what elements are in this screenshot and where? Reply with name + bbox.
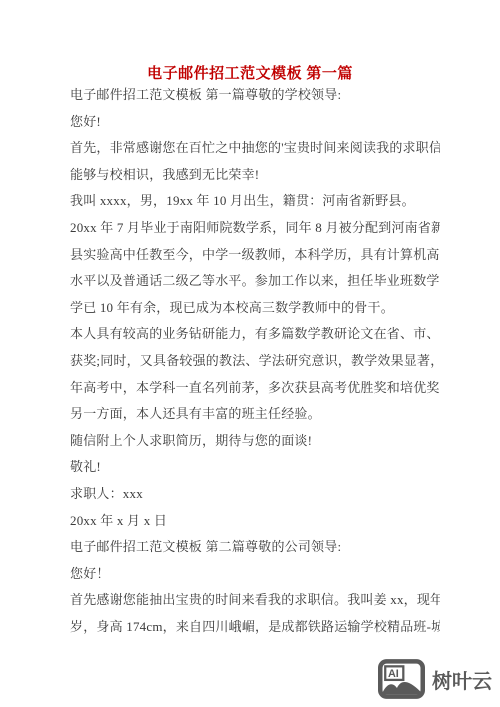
document-line: 年高考中，本学科一直名列前茅，多次获县高考优胜奖和培优奖。 [70, 375, 440, 402]
document-line: 我叫 xxxx，男，19xx 年 10 月出生，籍贯：河南省新野县。 [70, 188, 440, 215]
document-line: 岁，身高 174cm，来自四川峨嵋，是成都铁路运输学校精品班-城市 [70, 614, 440, 641]
document-line: 您好! [70, 109, 440, 136]
document-line: 求职人：xxx [70, 481, 440, 508]
document-line: 水平以及普通话二级乙等水平。参加工作以来，担任毕业班数学教 [70, 268, 440, 295]
document-title: 电子邮件招工范文模板 第一篇 [0, 0, 500, 82]
watermark-logo: AI 树叶云 [378, 659, 492, 699]
document-line: 您好！ [70, 561, 440, 588]
document-line: 电子邮件招工范文模板 第一篇尊敬的学校领导: [70, 82, 440, 109]
document-line: 20xx 年 7 月毕业于南阳师院数学系，同年 8 月被分配到河南省新野 [70, 215, 440, 242]
watermark-label: 树叶云 [432, 665, 492, 694]
document-line: 首先，非常感谢您在百忙之中抽您的'宝贵时间来阅读我的求职信。 [70, 135, 440, 162]
svg-text:AI: AI [388, 668, 399, 680]
document-line: 获奖;同时，又具备较强的教法、学法研究意识，教学效果显著，历 [70, 348, 440, 375]
document-page: 电子邮件招工范文模板 第一篇 电子邮件招工范文模板 第一篇尊敬的学校领导: 您好… [0, 0, 500, 707]
document-line: 敬礼! [70, 454, 440, 481]
document-line: 能够与校相识，我感到无比荣幸! [70, 162, 440, 189]
document-line: 电子邮件招工范文模板 第二篇尊敬的公司领导: [70, 534, 440, 561]
document-line: 另一方面，本人还具有丰富的班主任经验。 [70, 401, 440, 428]
document-line: 20xx 年 x 月 x 日 [70, 508, 440, 535]
document-body: 电子邮件招工范文模板 第一篇尊敬的学校领导: 您好! 首先，非常感谢您在百忙之中… [0, 82, 500, 640]
document-line: 县实验高中任教至今，中学一级教师，本科学历，具有计算机高级 [70, 242, 440, 269]
document-line: 本人具有较高的业务钻研能力，有多篇数学教研论文在省、市、县 [70, 321, 440, 348]
ai-image-icon: AI [378, 659, 425, 699]
document-line: 学已 10 年有余，现已成为本校高三数学教师中的骨干。 [70, 295, 440, 322]
document-line: 随信附上个人求职简历，期待与您的面谈! [70, 428, 440, 455]
document-line: 首先感谢您能抽出宝贵的时间来看我的求职信。我叫姜 xx，现年 20 [70, 587, 440, 614]
